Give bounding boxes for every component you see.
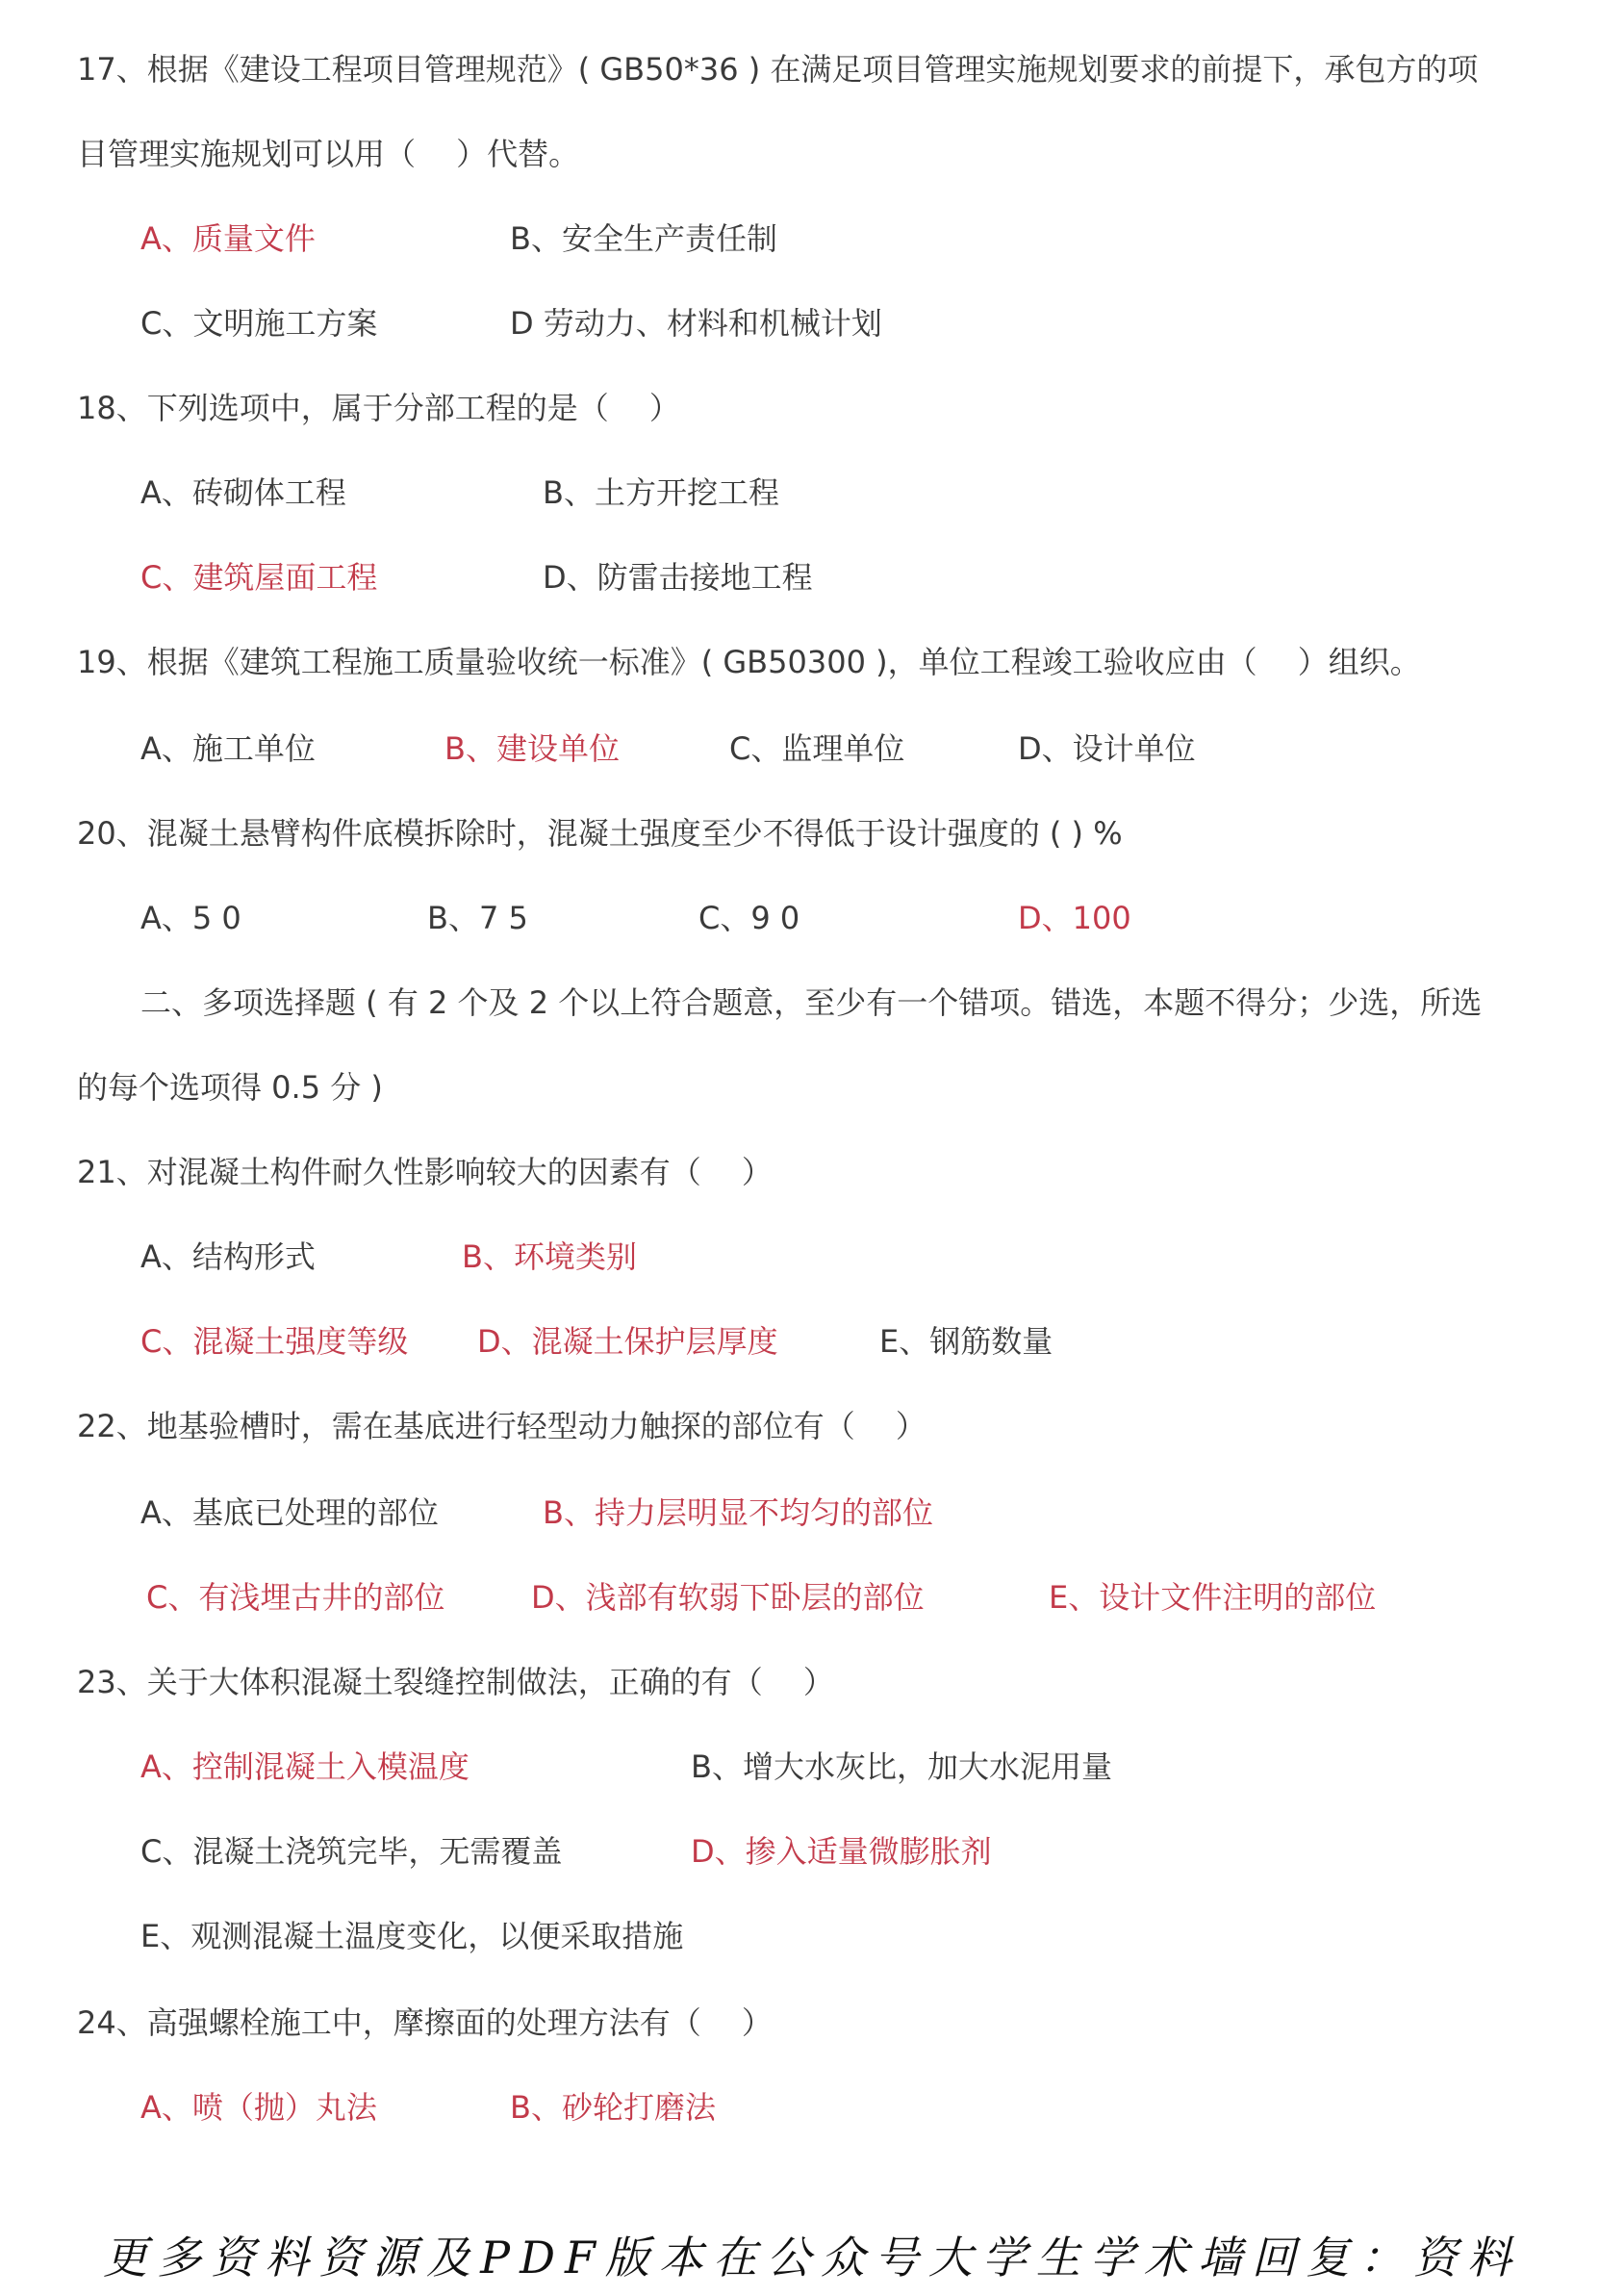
q17-option-d: D 劳动力、材料和机械计划 bbox=[510, 304, 882, 343]
q22-option-a: A、基底已处理的部位 bbox=[140, 1493, 439, 1532]
q21-option-a: A、结构形式 bbox=[140, 1237, 316, 1276]
question-17-text: 17、根据《建设工程项目管理规范》( GB50*36 ) 在满足项目管理实施规划… bbox=[77, 50, 1478, 89]
q18-option-d: D、防雷击接地工程 bbox=[543, 558, 813, 597]
question-22-text: 22、地基验槽时，需在基底进行轻型动力触探的部位有（ ） bbox=[77, 1407, 926, 1445]
q19-option-c: C、监理单位 bbox=[729, 729, 904, 768]
q23-option-c: C、混凝土浇筑完毕，无需覆盖 bbox=[140, 1832, 562, 1871]
q17-option-b: B、安全生产责任制 bbox=[510, 219, 777, 258]
q23-option-a: A、控制混凝土入模温度 bbox=[140, 1748, 469, 1786]
question-23-text: 23、关于大体积混凝土裂缝控制做法，正确的有（ ） bbox=[77, 1663, 834, 1701]
q20-option-c: C、9 0 bbox=[698, 899, 799, 937]
q18-option-a: A、砖砌体工程 bbox=[140, 473, 346, 512]
q21-option-d: D、混凝土保护层厚度 bbox=[477, 1322, 778, 1361]
q19-option-d: D、设计单位 bbox=[1018, 729, 1196, 768]
footer-promo-text: 更多资料资源及PDF版本在公众号大学生学术墙回复：资料 bbox=[0, 2231, 1624, 2284]
q18-option-c: C、建筑屋面工程 bbox=[140, 558, 377, 597]
q22-option-d: D、浅部有软弱下卧层的部位 bbox=[531, 1578, 925, 1617]
q23-option-e: E、观测混凝土温度变化，以便采取措施 bbox=[140, 1917, 683, 1955]
section-heading-multiple-choice: 二、多项选择题 ( 有 2 个及 2 个以上符合题意，至少有一个错项。错选，本题… bbox=[140, 983, 1482, 1022]
q23-option-d: D、掺入适量微膨胀剂 bbox=[691, 1832, 992, 1871]
q24-option-a: A、喷（抛）丸法 bbox=[140, 2088, 377, 2127]
question-24-text: 24、高强螺栓施工中，摩擦面的处理方法有（ ） bbox=[77, 2003, 773, 2042]
question-21-text: 21、对混凝土构件耐久性影响较大的因素有（ ） bbox=[77, 1153, 773, 1191]
q20-option-d: D、100 bbox=[1018, 899, 1131, 937]
question-18-text: 18、下列选项中，属于分部工程的是（ ） bbox=[77, 389, 680, 427]
q21-option-b: B、环境类别 bbox=[462, 1237, 637, 1276]
q23-option-b: B、增大水灰比，加大水泥用量 bbox=[691, 1748, 1112, 1786]
section-heading-multiple-choice-cont: 的每个选项得 0.5 分 ) bbox=[77, 1068, 383, 1107]
question-20-text: 20、混凝土悬臂构件底模拆除时，混凝土强度至少不得低于设计强度的 ( ) % bbox=[77, 814, 1123, 853]
question-17-text-cont: 目管理实施规划可以用（ ）代替。 bbox=[77, 135, 579, 173]
q22-option-c: C、有浅埋古井的部位 bbox=[146, 1578, 444, 1617]
q21-option-c: C、混凝土强度等级 bbox=[140, 1322, 408, 1361]
q17-option-a: A、质量文件 bbox=[140, 219, 316, 258]
q24-option-b: B、砂轮打磨法 bbox=[510, 2088, 716, 2127]
q19-option-b: B、建设单位 bbox=[444, 729, 620, 768]
q21-option-e: E、钢筋数量 bbox=[879, 1322, 1053, 1361]
q22-option-e: E、设计文件注明的部位 bbox=[1049, 1578, 1376, 1617]
q18-option-b: B、土方开挖工程 bbox=[543, 473, 779, 512]
q17-option-c: C、文明施工方案 bbox=[140, 304, 377, 343]
question-19-text: 19、根据《建筑工程施工质量验收统一标准》( GB50300 )，单位工程竣工验… bbox=[77, 643, 1421, 681]
q19-option-a: A、施工单位 bbox=[140, 729, 316, 768]
q22-option-b: B、持力层明显不均匀的部位 bbox=[543, 1493, 933, 1532]
q20-option-b: B、7 5 bbox=[427, 899, 528, 937]
q20-option-a: A、5 0 bbox=[140, 899, 241, 937]
